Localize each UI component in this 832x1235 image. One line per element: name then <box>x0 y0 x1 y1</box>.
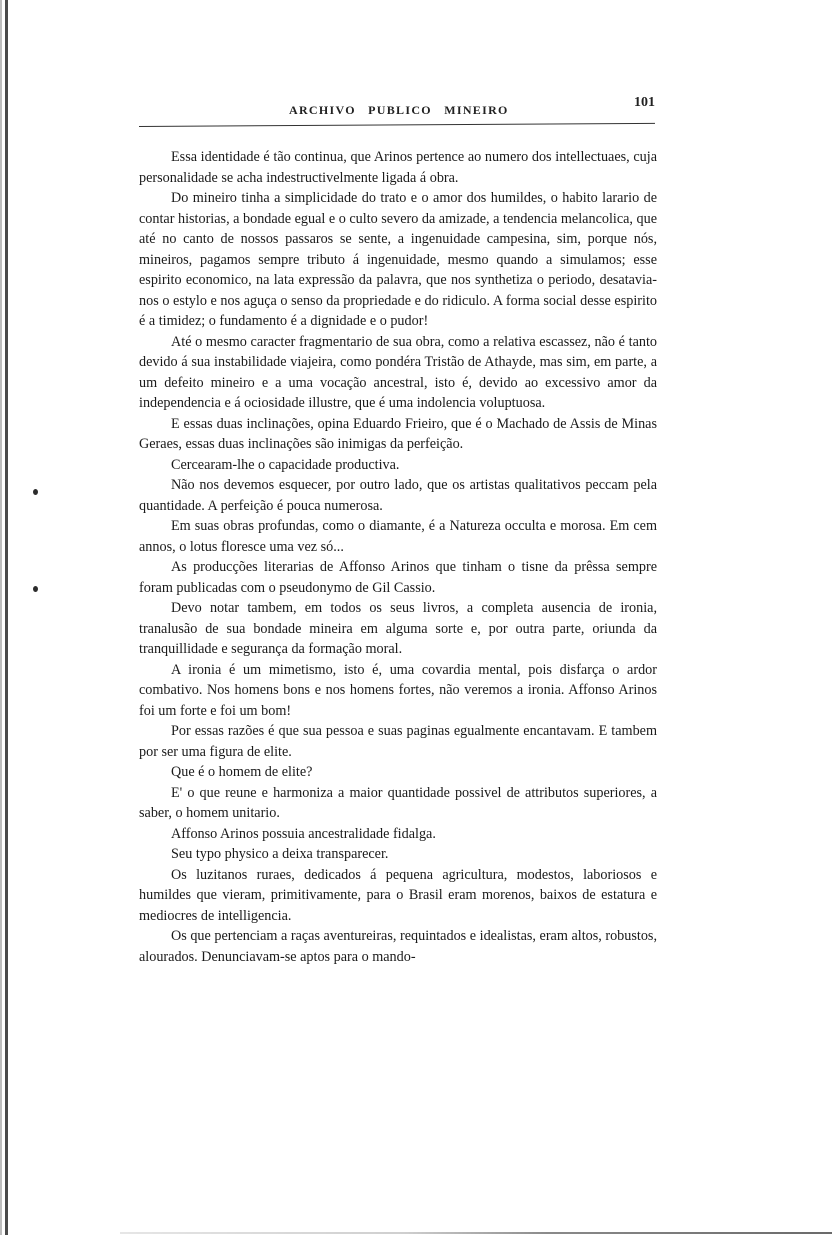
paragraph: E' o que reune e harmoniza a maior quant… <box>139 783 657 824</box>
paragraph: Que é o homem de elite? <box>139 762 657 783</box>
body-text: Essa identidade é tão continua, que Arin… <box>139 147 657 967</box>
paragraph: Do mineiro tinha a simplicidade do trato… <box>139 188 657 332</box>
running-title: ARCHIVO PUBLICO MINEIRO <box>289 103 509 118</box>
scan-speck <box>33 489 38 495</box>
paragraph: Affonso Arinos possuia ancestralidade fi… <box>139 824 657 845</box>
header-rule <box>139 123 655 129</box>
paragraph: Cercearam-lhe o capacidade productiva. <box>139 455 657 476</box>
paragraph: Não nos devemos esquecer, por outro lado… <box>139 475 657 516</box>
paragraph: Até o mesmo caracter fragmentario de sua… <box>139 332 657 414</box>
paragraph: Os que pertenciam a raças aventureiras, … <box>139 926 657 967</box>
paragraph: Os luzitanos ruraes, dedicados á pequena… <box>139 865 657 927</box>
paragraph: As producções literarias de Affonso Arin… <box>139 557 657 598</box>
paragraph: Por essas razões é que sua pessoa e suas… <box>139 721 657 762</box>
binding-edge-line <box>5 0 8 1235</box>
page-bottom-edge <box>120 1232 832 1234</box>
paragraph: E essas duas inclinações, opina Eduardo … <box>139 414 657 455</box>
paragraph: Essa identidade é tão continua, que Arin… <box>139 147 657 188</box>
page-number: 101 <box>634 95 655 111</box>
scan-speck <box>33 586 38 592</box>
paragraph: Seu typo physico a deixa transparecer. <box>139 844 657 865</box>
book-page: ARCHIVO PUBLICO MINEIRO 101 Essa identid… <box>139 95 657 967</box>
paragraph: A ironia é um mimetismo, isto é, uma cov… <box>139 660 657 722</box>
scan-edge-shadow <box>0 0 2 1235</box>
running-head: ARCHIVO PUBLICO MINEIRO 101 <box>139 95 657 117</box>
paragraph: Em suas obras profundas, como o diamante… <box>139 516 657 557</box>
paragraph: Devo notar tambem, em todos os seus livr… <box>139 598 657 660</box>
